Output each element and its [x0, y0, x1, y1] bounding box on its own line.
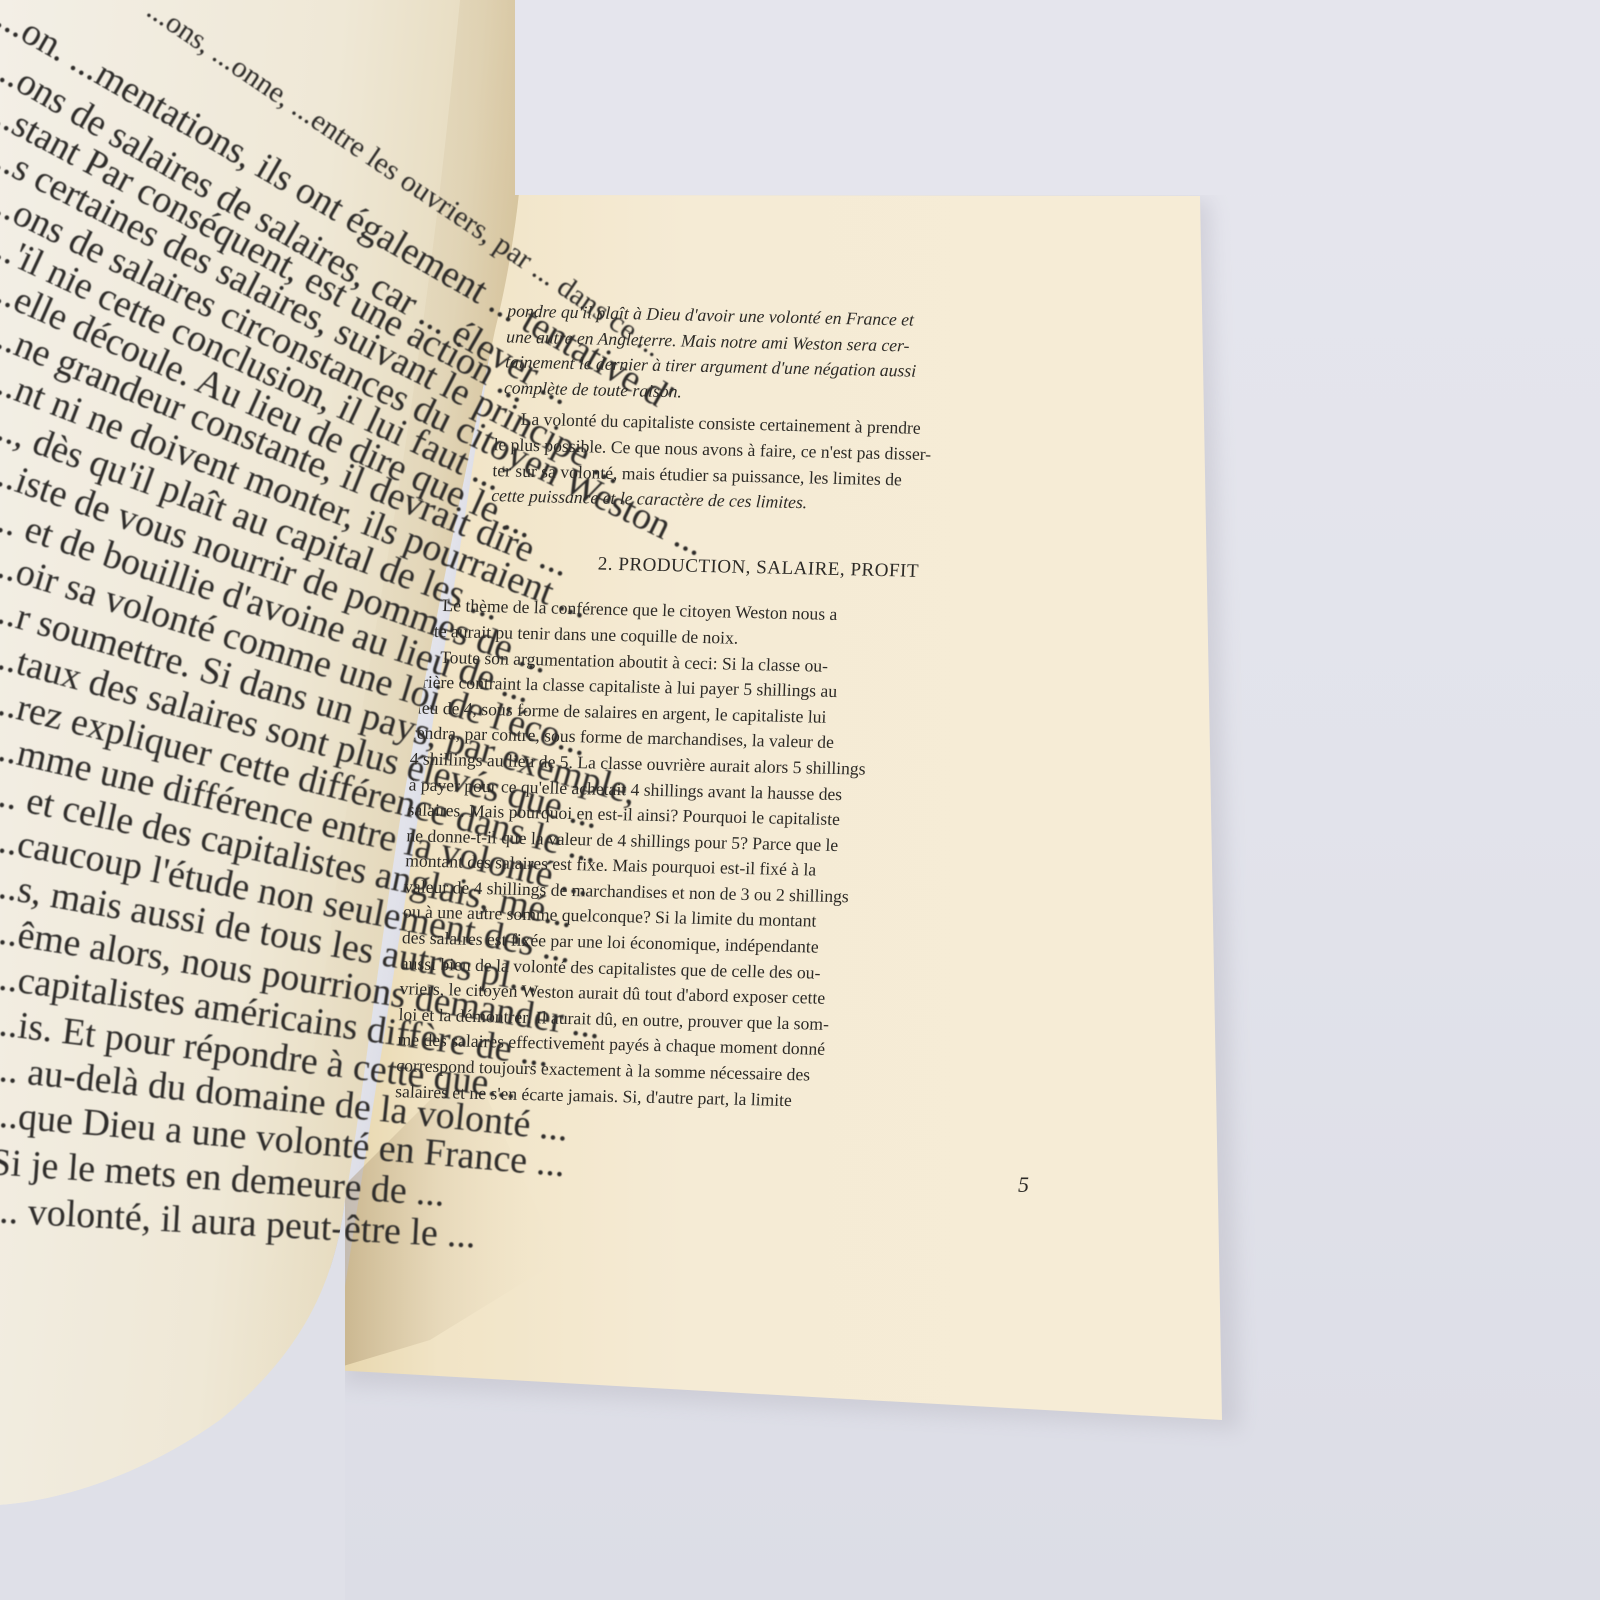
left-page-curl: [0, 0, 1600, 1600]
book-photo: pondre qu'il plaît à Dieu d'avoir une vo…: [0, 0, 1600, 1600]
